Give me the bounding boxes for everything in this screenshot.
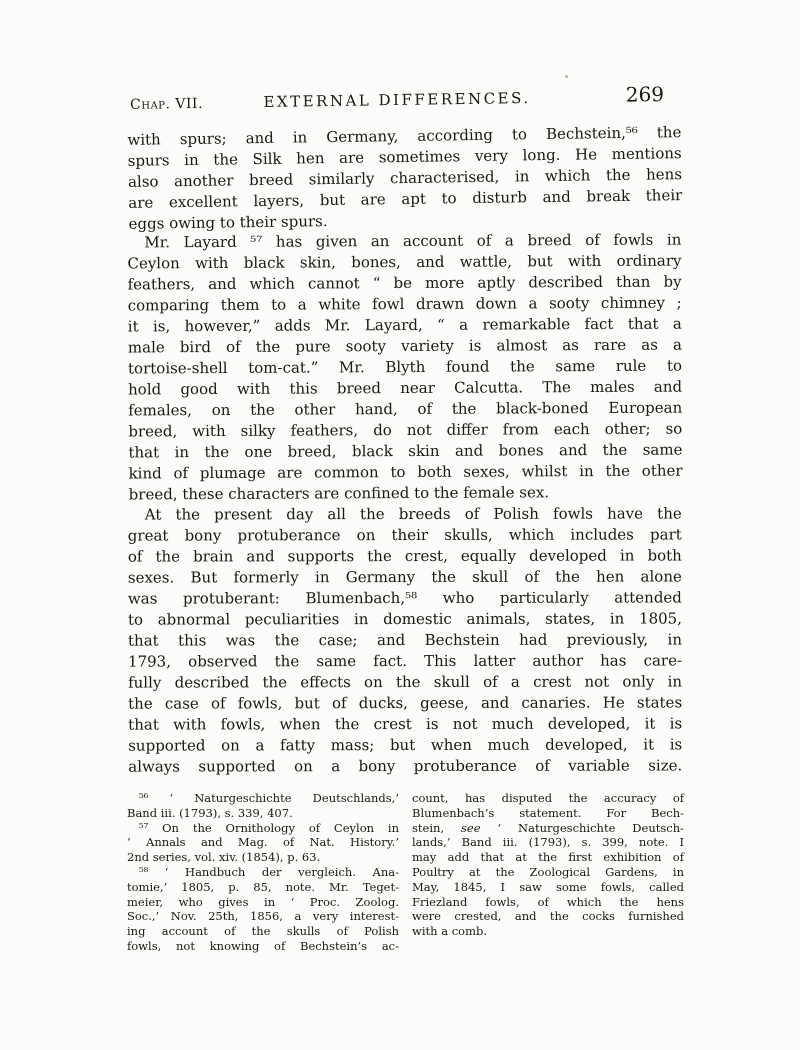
text-line: May, 1845, I saw some fowls, called xyxy=(412,880,684,895)
body-paragraph-polish-fowls: At the present day all the breeds of Pol… xyxy=(128,503,683,777)
chapter-label: Chap. VII. xyxy=(130,95,250,113)
text-line: breed, these characters are confined to … xyxy=(129,482,683,506)
text-line: At the present day all the breeds of Pol… xyxy=(128,503,682,525)
text-line: ing account of the skulls of Polish xyxy=(127,924,399,939)
text-line: Poultry at the Zoological Gardens, in xyxy=(412,865,684,880)
text-line: count, has disputed the accuracy of xyxy=(412,791,684,806)
text-line: was protuberant: Blumenbach,⁵⁸ who parti… xyxy=(128,587,682,609)
text-line: were crested, and the cocks furnished xyxy=(412,909,684,924)
text-line: ‘ Annals and Mag. of Nat. History.’ xyxy=(127,835,399,850)
text-line: ⁵⁶ ‘ Naturgeschichte Deutschlands,’ xyxy=(127,791,399,806)
text-line: male bird of the pure sooty variety is a… xyxy=(128,335,682,359)
text-line: comparing them to a white fowl drawn dow… xyxy=(128,293,682,317)
body-paragraph-layard: Mr. Layard ⁵⁷ has given an account of a … xyxy=(127,230,682,506)
text-line: great bony protuberance on their skulls,… xyxy=(128,524,682,546)
body-paragraph-spurs: with spurs; and in Germany, according to… xyxy=(127,122,682,235)
text-line: Mr. Layard ⁵⁷ has given an account of a … xyxy=(127,230,681,254)
text-line: fowls, not knowing of Bechstein’s ac- xyxy=(127,939,399,954)
text-line: may add that at the first exhibition of xyxy=(412,850,684,865)
text-line: 2nd series, vol. xiv. (1854), p. 63. xyxy=(127,850,399,865)
text-line: always supported on a bony protuberance … xyxy=(128,755,682,777)
text-line: breed, with silky feathers, do not diffe… xyxy=(128,419,682,443)
text-line: ⁵⁷ On the Ornithology of Ceylon in xyxy=(127,821,399,836)
text-line: sexes. But formerly in Germany the skull… xyxy=(128,566,682,588)
footnotes-section: ⁵⁶ ‘ Naturgeschichte Deutschlands,’Band … xyxy=(127,791,684,954)
book-page: Chap. VII. EXTERNAL DIFFERENCES. 269 wit… xyxy=(0,0,800,1050)
text-line: to abnormal peculiarities in domestic an… xyxy=(128,608,682,630)
text-line: Ceylon with black skin, bones, and wattl… xyxy=(127,251,681,275)
footnote-column-right: count, has disputed the accuracy ofBlume… xyxy=(412,791,684,954)
text-line: Soc.,’ Nov. 25th, 1856, a very interest- xyxy=(127,909,399,924)
scan-speck xyxy=(565,75,568,78)
text-line: that this was the case; and Bechstein ha… xyxy=(128,629,682,651)
text-line: tortoise-shell tom-cat.” Mr. Blyth found… xyxy=(128,356,682,380)
text-line: fully described the effects on the skull… xyxy=(128,671,682,693)
text-line: Blumenbach’s statement. For Bech- xyxy=(412,806,684,821)
text-line: that in the one breed, black skin and bo… xyxy=(128,440,682,464)
page-number: 269 xyxy=(544,82,664,108)
text-line: Friezland fowls, of which the hens xyxy=(412,895,684,910)
text-line: lands,’ Band iii. (1793), s. 399, note. … xyxy=(412,835,684,850)
page-header: Chap. VII. EXTERNAL DIFFERENCES. 269 xyxy=(130,82,664,114)
text-line: the case of fowls, but of ducks, geese, … xyxy=(128,692,682,714)
text-line: females, on the other hand, of the black… xyxy=(128,398,682,422)
text-line: supported on a fatty mass; but when much… xyxy=(128,734,682,756)
text-line: 1793, observed the same fact. This latte… xyxy=(128,650,682,672)
text-line: ⁵⁸ ‘ Handbuch der vergleich. Ana- xyxy=(127,865,399,880)
text-line: hold good with this breed near Calcutta.… xyxy=(128,377,682,401)
text-line: tomie,’ 1805, p. 85, note. Mr. Teget- xyxy=(127,880,399,895)
text-line: kind of plumage are common to both sexes… xyxy=(128,461,682,485)
text-line: feathers, and which cannot “ be more apt… xyxy=(128,272,682,296)
running-title: EXTERNAL DIFFERENCES. xyxy=(250,89,544,111)
text-line: stein, see ‘ Naturgeschichte Deutsch- xyxy=(412,821,684,836)
footnote-column-left: ⁵⁶ ‘ Naturgeschichte Deutschlands,’Band … xyxy=(127,791,399,954)
text-line: it is, however,” adds Mr. Layard, “ a re… xyxy=(128,314,682,338)
text-line: Band iii. (1793), s. 339, 407. xyxy=(127,806,399,821)
text-line: with a comb. xyxy=(412,924,684,939)
text-line: of the brain and supports the crest, equ… xyxy=(128,545,682,567)
text-line: meier, who gives in ‘ Proc. Zoolog. xyxy=(127,895,399,910)
text-line: that with fowls, when the crest is not m… xyxy=(128,713,682,735)
